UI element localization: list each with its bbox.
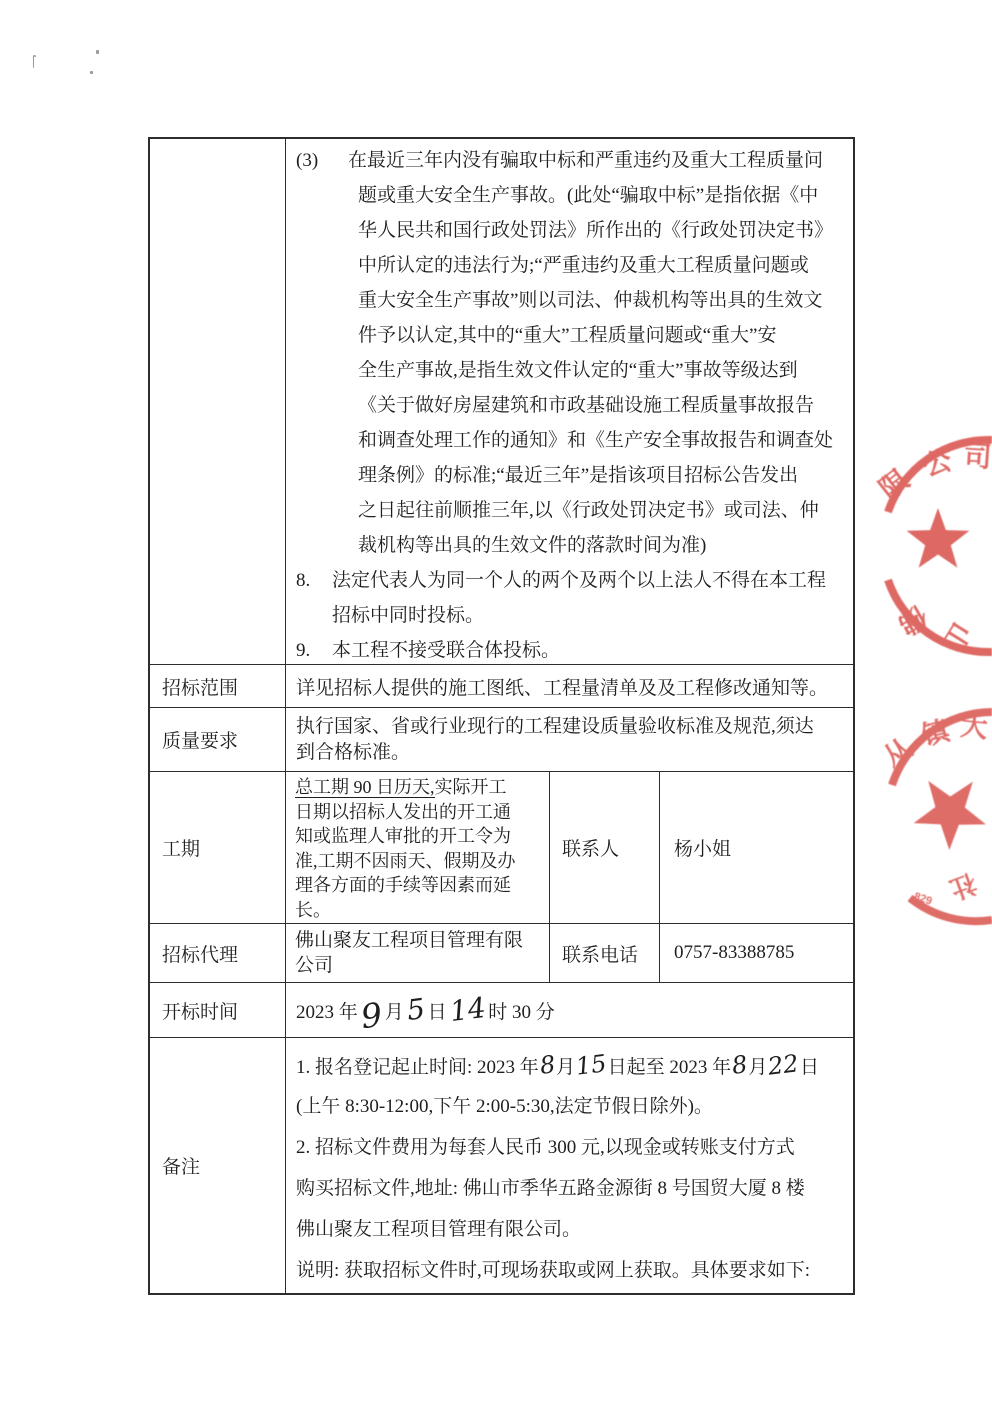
text-line: 件予以认定,其中的“重大”工程质量问题或“重大”安 (296, 318, 843, 353)
text-line: 知或监理人审批的开工令为 (295, 824, 541, 849)
handwritten-hour: 14 (448, 990, 487, 1027)
handwritten-day: 5 (405, 992, 427, 1027)
text-segment: 月 (748, 1057, 767, 1078)
text-segment: 月 (385, 997, 404, 1024)
scan-speck (96, 50, 99, 54)
contact-phone-label: 联系电话 (549, 924, 659, 982)
clause3-line: 在最近三年内没有骗取中标和严重违约及重大工程质量问 (348, 150, 823, 171)
opening-time-label: 开标时间 (150, 983, 285, 1037)
item8-line: 法定代表人为同一个人的两个及两个以上法人不得在本工程 (332, 570, 826, 591)
seal-char: 从 (878, 733, 917, 773)
text-line: 招标中同时投标。 (296, 598, 843, 633)
duration-line-rest: 实际开工 (435, 777, 507, 797)
clause3-number: (3) (296, 143, 348, 178)
scan-speck (90, 71, 93, 74)
agency-label: 招标代理 (150, 924, 285, 982)
red-seal-stamp-top: 限 公 司 佛 山 (870, 420, 992, 670)
text-line: (3)在最近三年内没有骗取中标和严重违约及重大工程质量问 (296, 143, 843, 178)
text-line: 裁机构等出具的生效文件的落款时间为准) (296, 528, 843, 563)
underlined-duration: 总工期 90 日历天, (295, 777, 435, 798)
text-line: 到合格标准。 (296, 740, 843, 766)
text-line: 执行国家、省或行业现行的工程建设质量验收标准及规范,须达 (296, 714, 843, 740)
item9-line: 本工程不接受联合体投标。 (332, 640, 560, 661)
text-line: 购买招标文件,地址: 佛山市季华五路金源街 8 号国贸大厦 8 楼 (296, 1168, 843, 1209)
table-row-remarks: 备注 1. 报名登记起止时间: 2023 年8月15日起至 2023 年8月22… (150, 1037, 853, 1293)
seal-char: 司 (963, 440, 992, 473)
agency-content: 佛山聚友工程项目管理有限公司 (285, 924, 549, 982)
contact-person-label: 联系人 (549, 772, 659, 923)
text-line: 8.法定代表人为同一个人的两个及两个以上法人不得在本工程 (296, 563, 843, 598)
tender-info-table: (3)在最近三年内没有骗取中标和严重违约及重大工程质量问 题或重大安全生产事故。… (148, 137, 855, 1295)
table-row-opening-time: 开标时间 2023 年9月5日14时 30 分 (150, 982, 853, 1037)
text-line: 之日起往前顺推三年,以《行政处罚决定书》或司法、仲 (296, 493, 843, 528)
contact-phone-value: 0757-83388785 (659, 924, 853, 982)
table-row-conditions: (3)在最近三年内没有骗取中标和严重违约及重大工程质量问 题或重大安全生产事故。… (150, 139, 853, 664)
text-line: (上午 8:30-12:00,下午 2:00-5:30,法定节假日除外)。 (296, 1086, 843, 1127)
handwritten-month: 8 (537, 1044, 557, 1087)
remarks-content: 1. 报名登记起止时间: 2023 年8月15日起至 2023 年8月22日 (… (285, 1038, 853, 1293)
contact-person-value: 杨小姐 (659, 772, 853, 923)
seal-char: 大 (959, 711, 989, 744)
text-line: 华人民共和国行政处罚法》所作出的《行政处罚决定书》 (296, 213, 843, 248)
item9-number: 9. (296, 633, 332, 664)
remarks-label: 备注 (150, 1038, 285, 1293)
red-seal-stamp-bottom: 从 镇 大 社 829 (870, 690, 992, 940)
opening-time-content: 2023 年9月5日14时 30 分 (285, 983, 853, 1037)
seal-char: 限 (874, 464, 915, 506)
quality-label: 质量要求 (150, 708, 285, 771)
text-segment: 月 (556, 1057, 575, 1078)
item8-number: 8. (296, 563, 332, 598)
handwritten-month: 8 (730, 1044, 750, 1087)
handwritten-month: 9 (358, 994, 384, 1035)
red-star-icon (907, 508, 970, 568)
duration-content: 总工期 90 日历天,实际开工 日期以招标人发出的开工通 知或监理人审批的开工令… (285, 772, 549, 923)
text-line: 佛山聚友工程项目管理有限公司。 (296, 1209, 843, 1250)
conditions-label-cell (150, 139, 285, 664)
table-row-agency: 招标代理 佛山聚友工程项目管理有限公司 联系电话 0757-83388785 (150, 923, 853, 982)
scope-label: 招标范围 (150, 665, 285, 707)
text-line: 日期以招标人发出的开工通 (295, 800, 541, 825)
text-segment: 日 (428, 997, 447, 1024)
text-segment: 日起至 2023 年 (608, 1057, 732, 1078)
text-line: 1. 报名登记起止时间: 2023 年8月15日起至 2023 年8月22日 (296, 1045, 843, 1086)
conditions-content-cell: (3)在最近三年内没有骗取中标和严重违约及重大工程质量问 题或重大安全生产事故。… (285, 139, 853, 664)
text-line: 全生产事故,是指生效文件认定的“重大”事故等级达到 (296, 353, 843, 388)
table-row-duration: 工期 总工期 90 日历天,实际开工 日期以招标人发出的开工通 知或监理人审批的… (150, 771, 853, 923)
text-segment: 时 30 分 (488, 997, 555, 1024)
text-line: 理条例》的标准;“最近三年”是指该项目招标公告发出 (296, 458, 843, 493)
text-line: 理各方面的手续等因素而延 (295, 873, 541, 898)
text-line: 2. 招标文件费用为每套人民币 300 元,以现金或转账支付方式 (296, 1127, 843, 1168)
text-line: 《关于做好房屋建筑和市政基础设施工程质量事故报告 (296, 388, 843, 423)
table-row-quality: 质量要求 执行国家、省或行业现行的工程建设质量验收标准及规范,须达 到合格标准。 (150, 707, 853, 771)
duration-label: 工期 (150, 772, 285, 923)
table-row-scope: 招标范围 详见招标人提供的施工图纸、工程量清单及及工程修改通知等。 (150, 664, 853, 707)
quality-content: 执行国家、省或行业现行的工程建设质量验收标准及规范,须达 到合格标准。 (285, 708, 853, 771)
scan-speck (33, 55, 36, 68)
handwritten-day: 22 (766, 1043, 801, 1087)
text-segment: 2023 年 (296, 997, 358, 1024)
text-segment: 日 (800, 1057, 819, 1078)
text-line: 重大安全生产事故”则以司法、仲裁机构等出具的生效文 (296, 283, 843, 318)
text-line: 说明: 获取招标文件时,可现场获取或网上获取。具体要求如下: (296, 1250, 843, 1291)
text-line: 中所认定的违法行为;“严重违约及重大工程质量问题或 (296, 248, 843, 283)
text-line: 题或重大安全生产事故。(此处“骗取中标”是指依据《中 (296, 178, 843, 213)
red-star-icon (899, 760, 992, 858)
text-segment: 1. 报名登记起止时间: 2023 年 (296, 1057, 539, 1078)
text-line: 长。 (295, 898, 541, 923)
text-line: 和调查处理工作的通知》和《生产安全事故报告和调查处 (296, 423, 843, 458)
text-line: 准,工期不因雨天、假期及办 (295, 849, 541, 874)
text-line: 9.本工程不接受联合体投标。 (296, 633, 843, 664)
scope-content: 详见招标人提供的施工图纸、工程量清单及及工程修改通知等。 (285, 665, 853, 707)
handwritten-day: 15 (574, 1043, 609, 1087)
text-line: 总工期 90 日历天,实际开工 (295, 775, 541, 800)
seal-char: 社 (946, 868, 982, 905)
